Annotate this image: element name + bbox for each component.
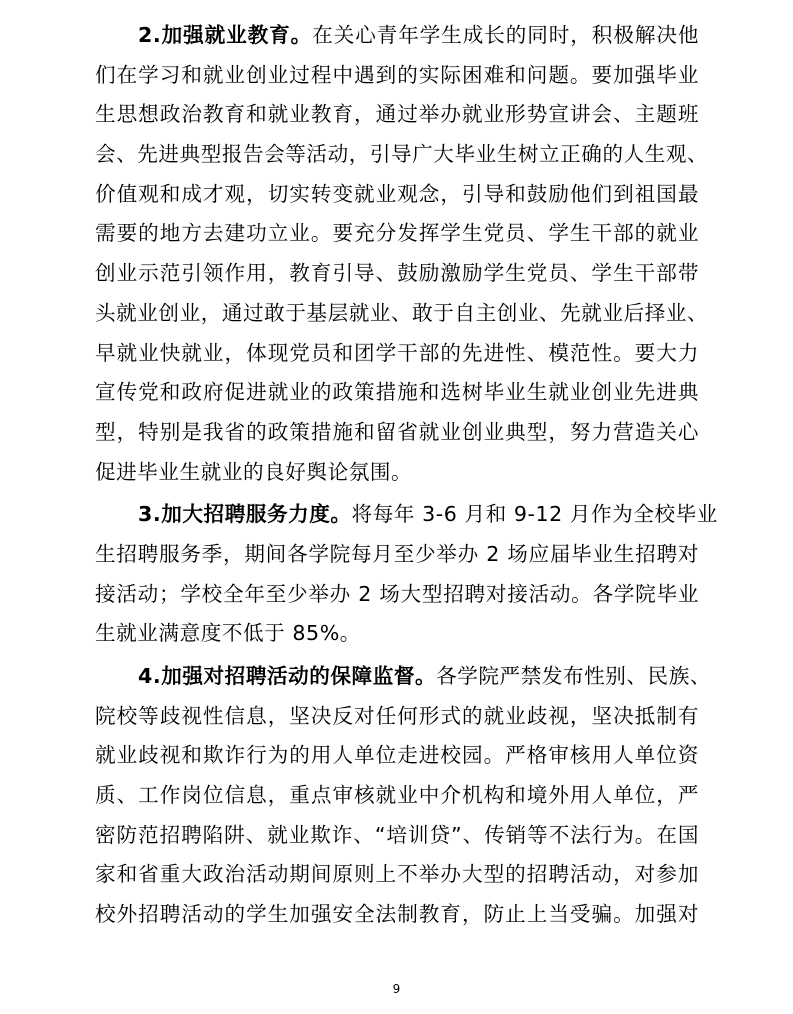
paragraph-line: 生就业满意度不低于 85%。	[95, 614, 699, 654]
paragraph-recruitment-supervision: 4.加强对招聘活动的保障监督。各学院严禁发布性别、民族、 院校等歧视性信息，坚决…	[95, 657, 699, 935]
paragraph-line: 生思想政治教育和就业教育，通过举办就业形势宣讲会、主题班	[95, 95, 699, 135]
paragraph-line: 会、先进典型报告会等活动，引导广大毕业生树立正确的人生观、	[95, 135, 699, 175]
paragraph-line: 需要的地方去建功立业。要充分发挥学生党员、学生干部的就业	[95, 214, 699, 254]
paragraph-heading: 2.加强就业教育。	[138, 23, 312, 47]
paragraph-heading: 4.加强对招聘活动的保障监督。	[138, 664, 436, 688]
paragraph-employment-education: 2.加强就业教育。在关心青年学生成长的同时，积极解决他 们在学习和就业创业过程中…	[95, 16, 699, 492]
paragraph-line: 4.加强对招聘活动的保障监督。各学院严禁发布性别、民族、	[95, 657, 699, 697]
paragraph-line: 就业歧视和欺诈行为的用人单位走进校园。严格审核用人单位资	[95, 736, 699, 776]
paragraph-line: 质、工作岗位信息，重点审核就业中介机构和境外用人单位，严	[95, 776, 699, 816]
page-number: 9	[0, 982, 793, 996]
paragraph-line: 家和省重大政治活动期间原则上不举办大型的招聘活动，对参加	[95, 855, 699, 895]
paragraph-line: 3.加大招聘服务力度。将每年 3-6 月和 9-12 月作为全校毕业	[95, 495, 699, 535]
paragraph-line: 2.加强就业教育。在关心青年学生成长的同时，积极解决他	[95, 16, 699, 56]
paragraph-line: 创业示范引领作用，教育引导、鼓励激励学生党员、学生干部带	[95, 254, 699, 294]
paragraph-line: 早就业快就业，体现党员和团学干部的先进性、模范性。要大力	[95, 334, 699, 374]
paragraph-line: 头就业创业，通过敢于基层就业、敢于自主创业、先就业后择业、	[95, 294, 699, 334]
paragraph-recruitment-services: 3.加大招聘服务力度。将每年 3-6 月和 9-12 月作为全校毕业 生招聘服务…	[95, 495, 699, 654]
paragraph-line: 宣传党和政府促进就业的政策措施和选树毕业生就业创业先进典	[95, 373, 699, 413]
paragraph-heading: 3.加大招聘服务力度。	[138, 502, 352, 526]
paragraph-line: 们在学习和就业创业过程中遇到的实际困难和问题。要加强毕业	[95, 56, 699, 96]
paragraph-line: 价值观和成才观，切实转变就业观念，引导和鼓励他们到祖国最	[95, 175, 699, 215]
paragraph-line: 促进毕业生就业的良好舆论氛围。	[95, 453, 699, 493]
paragraph-line: 院校等歧视性信息，坚决反对任何形式的就业歧视，坚决抵制有	[95, 697, 699, 737]
paragraph-line: 接活动；学校全年至少举办 2 场大型招聘对接活动。各学院毕业	[95, 575, 699, 615]
paragraph-line: 校外招聘活动的学生加强安全法制教育，防止上当受骗。加强对	[95, 895, 699, 935]
paragraph-line: 型，特别是我省的政策措施和留省就业创业典型，努力营造关心	[95, 413, 699, 453]
paragraph-line: 密防范招聘陷阱、就业欺诈、“培训贷”、传销等不法行为。在国	[95, 816, 699, 856]
paragraph-line: 生招聘服务季，期间各学院每月至少举办 2 场应届毕业生招聘对	[95, 535, 699, 575]
document-page: 2.加强就业教育。在关心青年学生成长的同时，积极解决他 们在学习和就业创业过程中…	[95, 16, 699, 938]
